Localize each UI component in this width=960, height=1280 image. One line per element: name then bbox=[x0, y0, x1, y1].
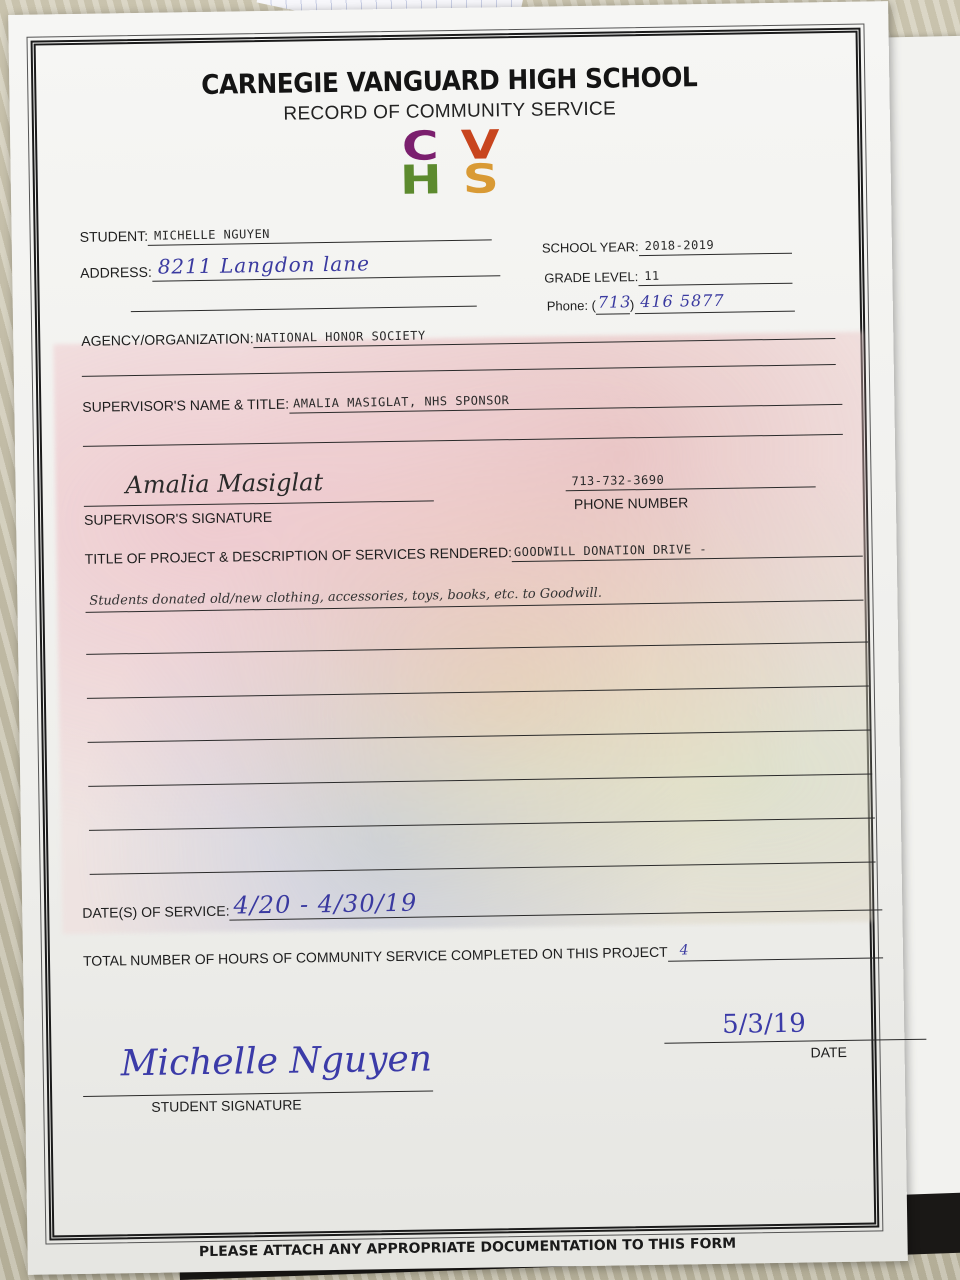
grade-level-field[interactable]: GRADE LEVEL: 11 bbox=[544, 265, 792, 288]
cvhs-logo: C V H S bbox=[390, 128, 511, 198]
date-label: DATE bbox=[810, 1044, 847, 1061]
form-header: CARNEGIE VANGUARD HIGH SCHOOL RECORD OF … bbox=[9, 59, 891, 204]
project-description: Students donated old/new clothing, acces… bbox=[89, 586, 612, 1272]
school-year-label: SCHOOL YEAR: bbox=[542, 239, 639, 258]
address-label: ADDRESS: bbox=[80, 264, 152, 283]
dates-label: DATE(S) OF SERVICE: bbox=[82, 903, 230, 923]
community-service-form: CARNEGIE VANGUARD HIGH SCHOOL RECORD OF … bbox=[8, 1, 908, 1275]
date-value: 5/3/19 bbox=[722, 1009, 806, 1040]
address-value: 8211 Langdon lane bbox=[158, 251, 371, 278]
phone-area-code: 713 bbox=[598, 292, 632, 312]
agency-value: NATIONAL HONOR SOCIETY bbox=[256, 328, 426, 345]
grade-level-label: GRADE LEVEL: bbox=[544, 269, 638, 287]
student-signature: Michelle Nguyen bbox=[120, 1038, 432, 1084]
phone-label: Phone: ( bbox=[547, 298, 596, 316]
phone-field[interactable]: Phone: ( 713 ) 416 5877 bbox=[547, 293, 795, 316]
supervisor-signature-label: SUPERVISOR'S SIGNATURE bbox=[84, 509, 272, 528]
agency-label: AGENCY/ORGANIZATION: bbox=[81, 330, 254, 351]
school-year-field[interactable]: SCHOOL YEAR: 2018-2019 bbox=[542, 235, 792, 258]
grade-level-value: 11 bbox=[644, 269, 660, 283]
supervisor-phone-label: PHONE NUMBER bbox=[574, 494, 689, 512]
supervisor-signature: Amalia Masiglat bbox=[125, 468, 323, 499]
school-year-value: 2018-2019 bbox=[645, 238, 715, 253]
logo-letter-s: S bbox=[443, 162, 519, 197]
hours-value: 4 bbox=[680, 942, 690, 958]
student-label: STUDENT: bbox=[80, 228, 149, 247]
student-value: MICHELLE NGUYEN bbox=[154, 227, 270, 243]
phone-value: 416 5877 bbox=[640, 291, 725, 311]
dates-value: 4/20 - 4/30/19 bbox=[233, 889, 417, 920]
student-signature-label: STUDENT SIGNATURE bbox=[151, 1097, 302, 1115]
supervisor-label: SUPERVISOR'S NAME & TITLE: bbox=[82, 396, 289, 417]
project-title-value: GOODWILL DONATION DRIVE - bbox=[514, 542, 707, 559]
supervisor-value: AMALIA MASIGLAT, NHS SPONSOR bbox=[293, 393, 509, 410]
